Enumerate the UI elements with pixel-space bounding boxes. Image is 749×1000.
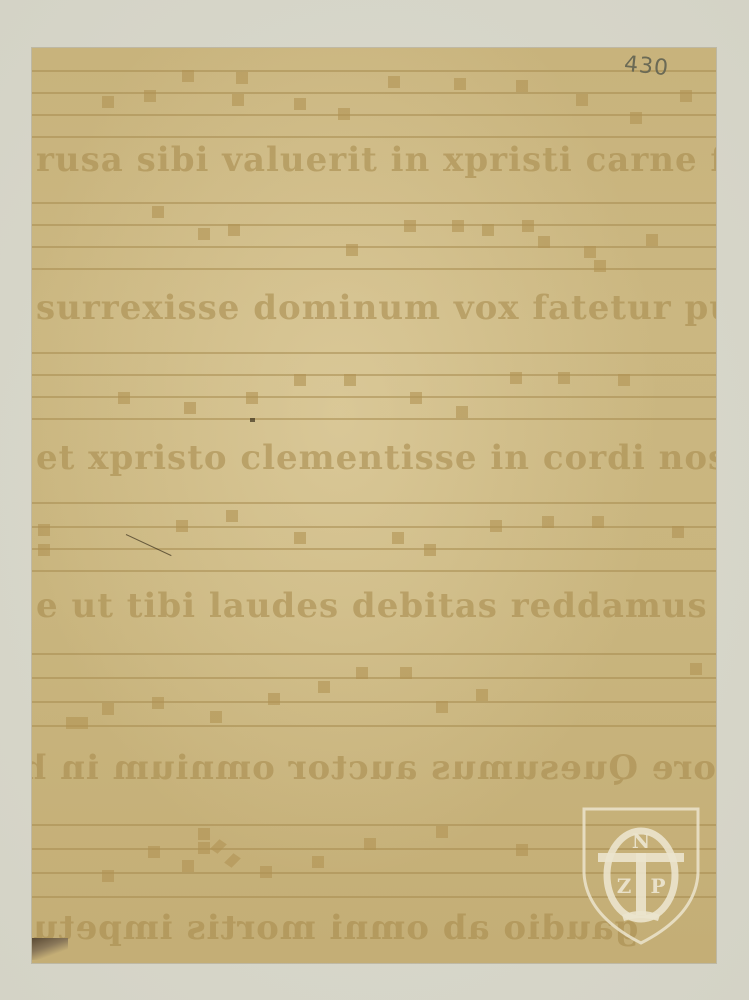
svg-text:P: P [650, 874, 665, 898]
manuscript-leaf: rusa sibi valuerit in xpristi carne fu s… [32, 48, 716, 963]
torn-corner [32, 938, 68, 960]
svg-text:Z: Z [617, 874, 632, 898]
library-stamp-icon: N Z P [578, 803, 704, 948]
ink-speck [250, 418, 255, 422]
scratch-mark [126, 534, 172, 556]
lyric-line-3: et xpristo clementisse in cordi nostr [32, 438, 716, 478]
lyric-line-4: e ut tibi laudes debitas reddamus o [32, 586, 716, 626]
lyric-line-5: ore Quesumus auctor omnium in h [32, 748, 716, 788]
folio-number: 430 [623, 52, 670, 82]
lyric-line-2: surrexisse dominum vox fatetur pub [32, 288, 716, 328]
lyric-line-1: rusa sibi valuerit in xpristi carne fu [32, 140, 716, 180]
svg-text:N: N [632, 829, 650, 853]
